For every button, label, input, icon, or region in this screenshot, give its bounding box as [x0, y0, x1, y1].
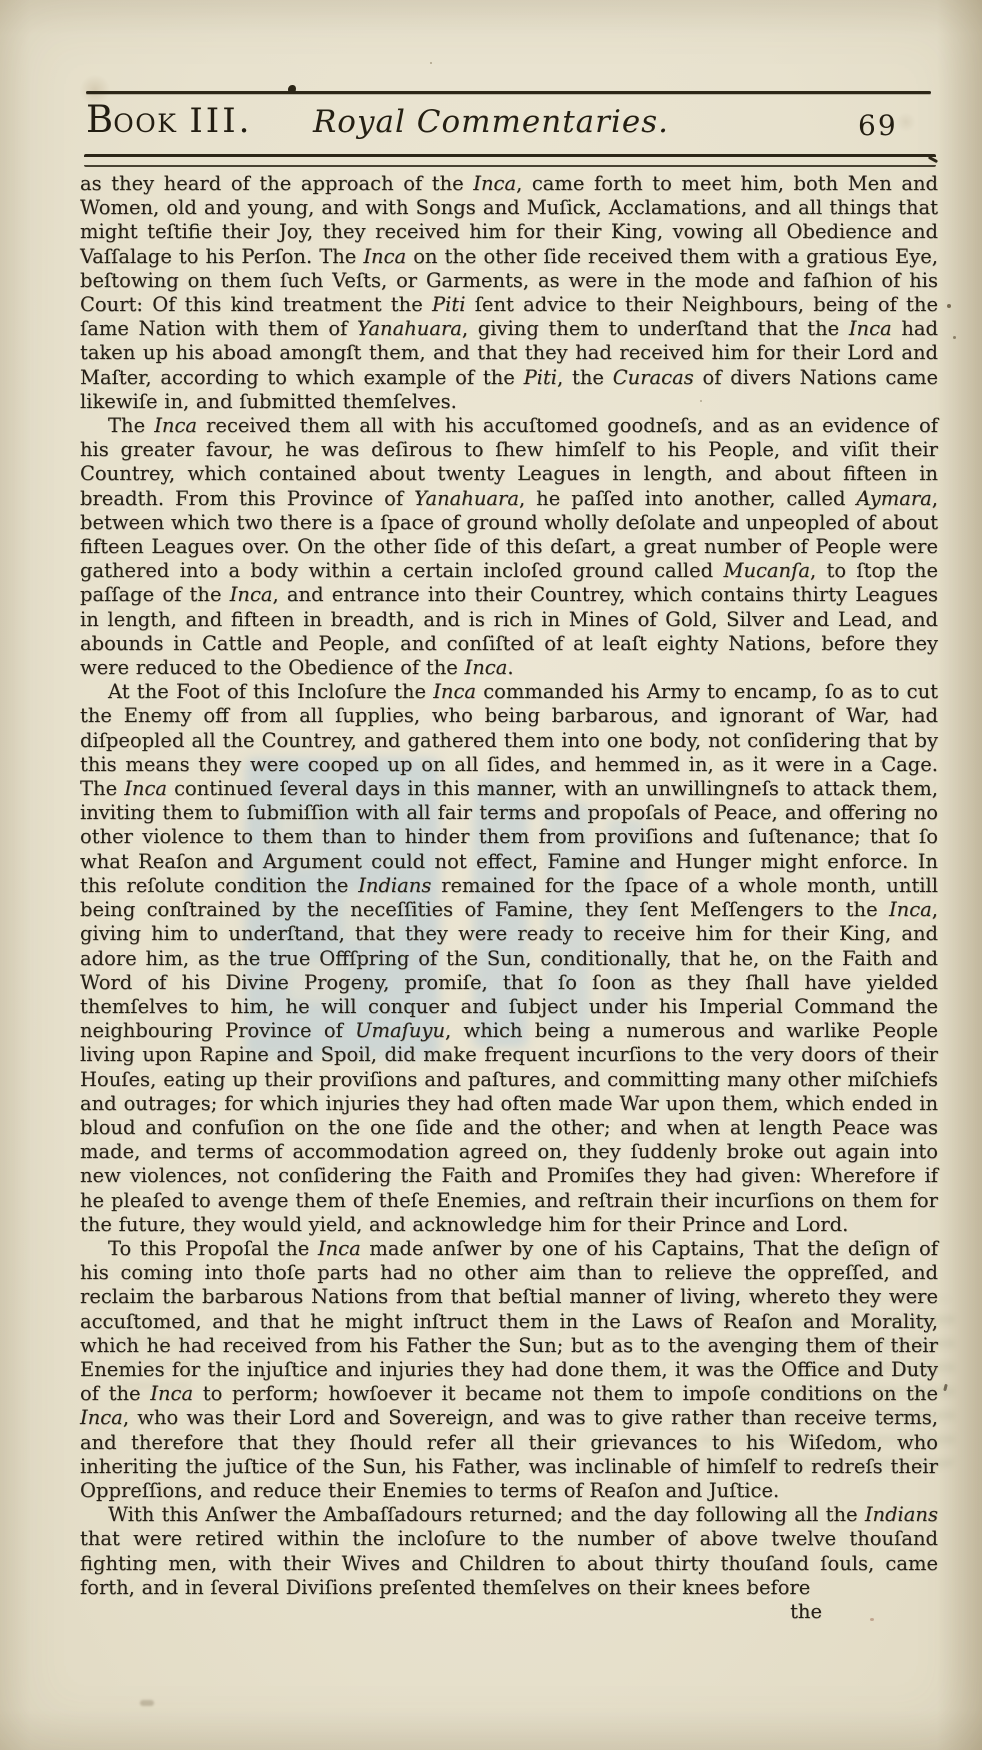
paragraph: At the Foot of this Incloſure the Inca c… — [80, 680, 938, 1237]
paragraph: To this Propoſal the Inca made anſwer by… — [80, 1237, 938, 1503]
paper-speck — [430, 62, 432, 64]
paragraph: The Inca received them all with his accu… — [80, 414, 938, 680]
paragraph: as they heard of the approach of the Inc… — [80, 172, 938, 414]
paper-smudge — [140, 1700, 154, 1706]
paragraph: With this Anſwer the Ambaſſadours return… — [80, 1503, 938, 1600]
ink-speck — [943, 1384, 948, 1392]
book-page: BookIII. Royal Commentaries. 69 as they … — [0, 0, 982, 1750]
header-rule-bottom — [84, 154, 936, 167]
page-number: 69 — [858, 109, 898, 142]
ink-speck — [947, 304, 951, 308]
catchword: the — [80, 1600, 938, 1624]
ink-speck — [953, 336, 956, 339]
running-head-title: Royal Commentaries. — [0, 104, 982, 140]
header-rule-top — [86, 91, 931, 94]
paragraph-block: as they heard of the approach of the Inc… — [80, 172, 938, 1600]
body-text: as they heard of the approach of the Inc… — [80, 172, 938, 1624]
